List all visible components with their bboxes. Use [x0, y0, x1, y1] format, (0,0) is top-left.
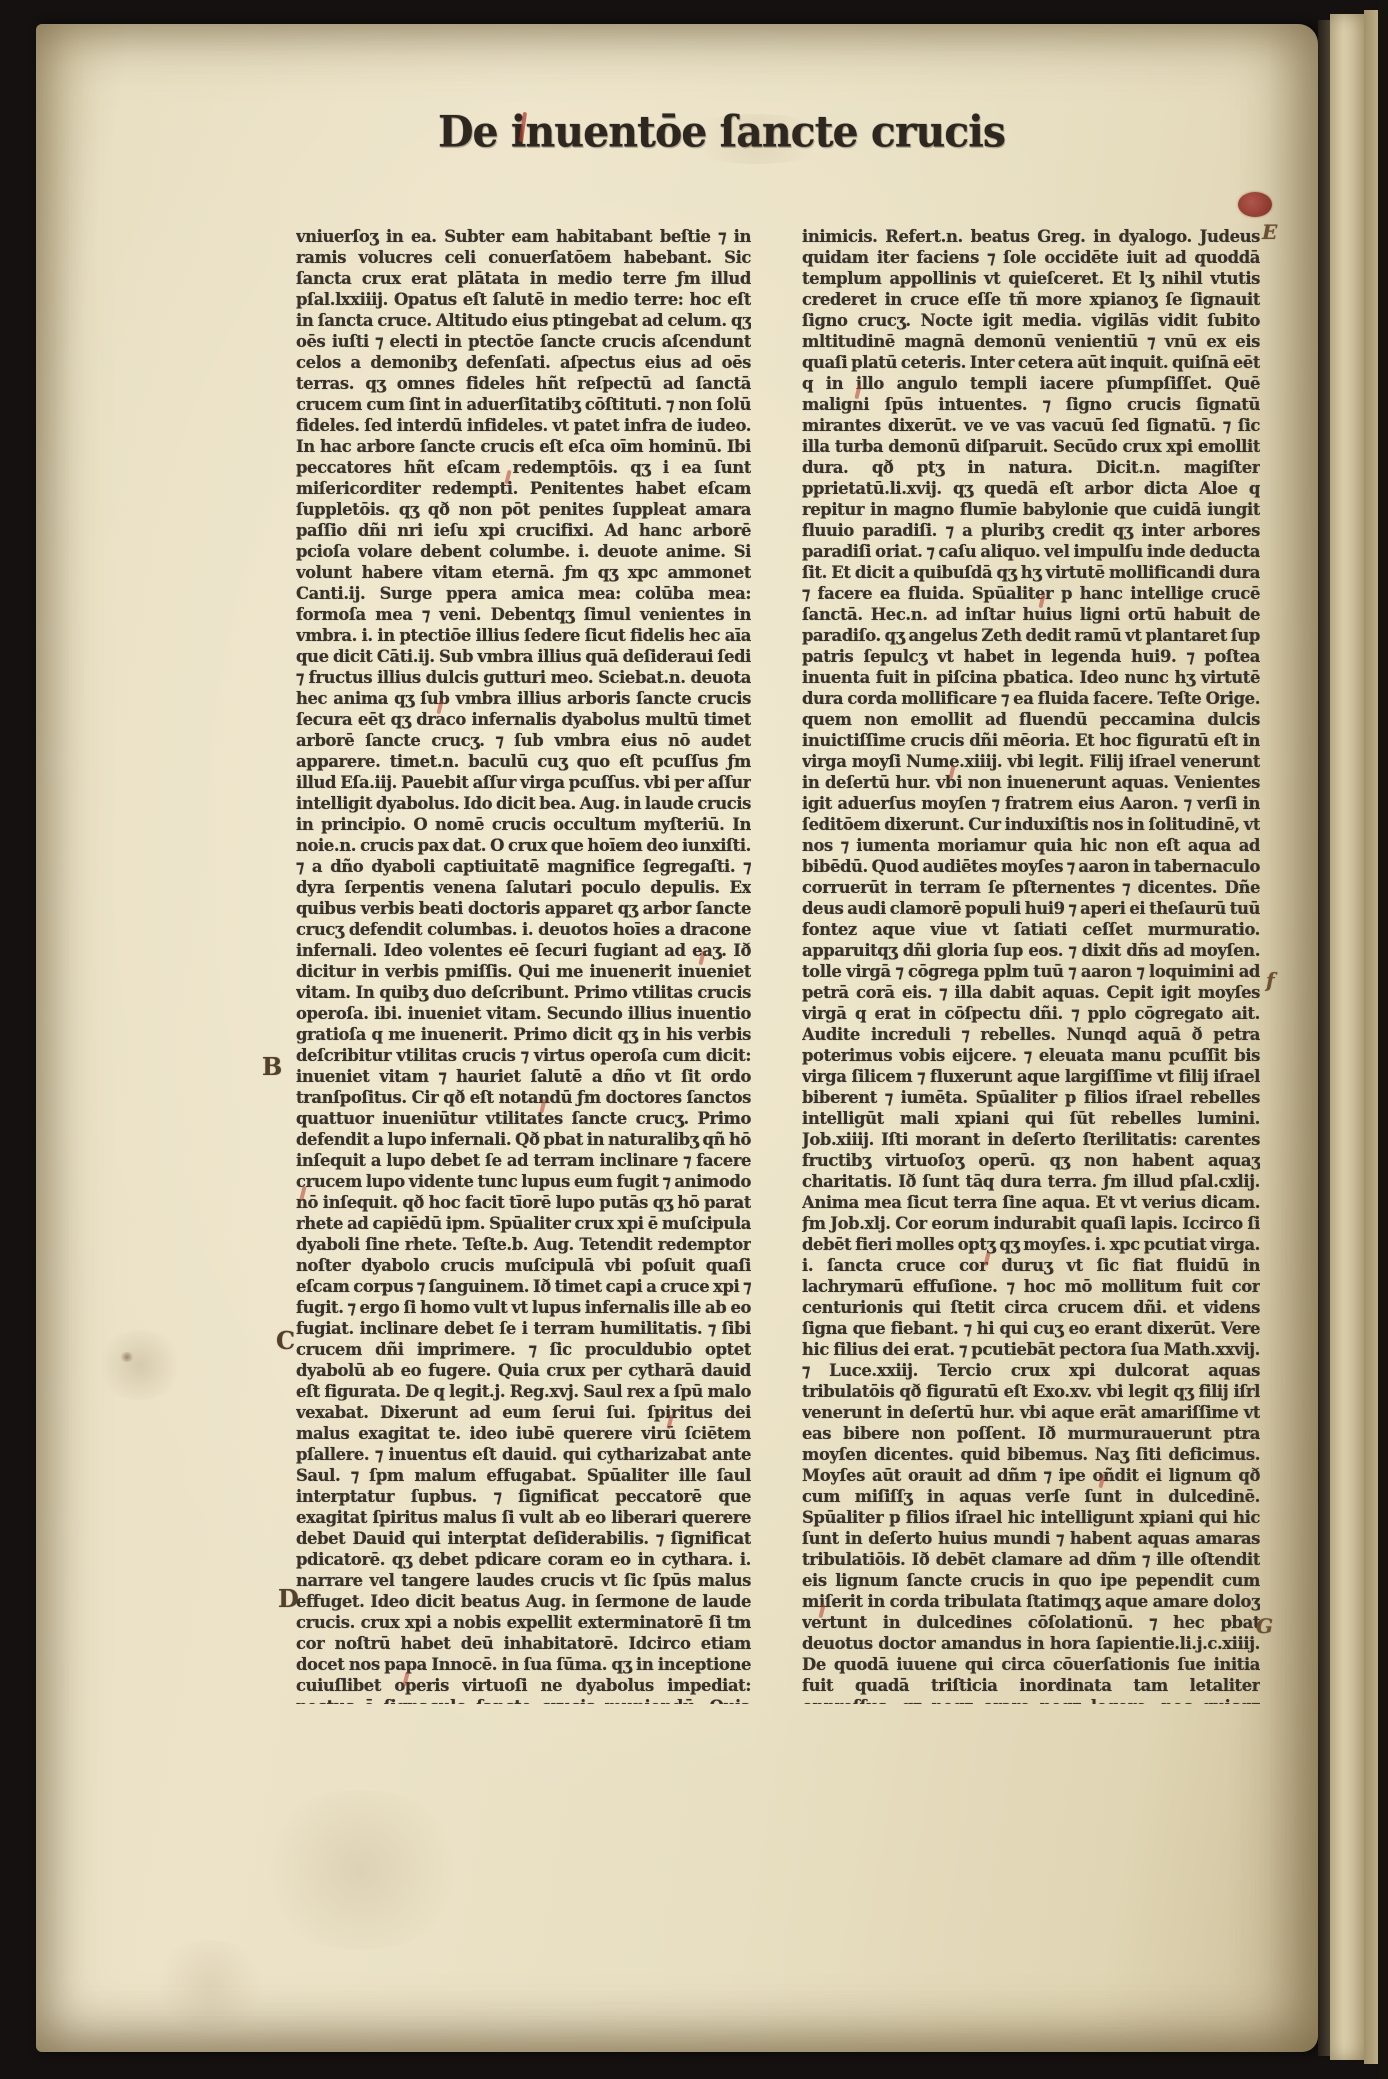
- marginal-letter-b: B: [262, 1052, 282, 1081]
- marginal-letter-f: f: [1266, 968, 1275, 992]
- marginal-letter-c: C: [276, 1326, 295, 1355]
- background-edge: [1378, 0, 1388, 2079]
- fore-edge-leaves: [1330, 14, 1364, 2060]
- marginal-letter-g: G: [1256, 1614, 1273, 1638]
- marginal-letter-d: D: [278, 1584, 299, 1613]
- marginal-letter-e: E: [1262, 220, 1277, 244]
- text-column-right: inimicis. Refert.n. beatus Greg. in dyal…: [802, 226, 1260, 1704]
- page-edge-shadow: [1318, 20, 1330, 2056]
- fore-edge-leaves-dark: [1364, 10, 1378, 2064]
- page-title: De inuentōe ſancte crucis: [438, 107, 1038, 157]
- text-column-left: vniuerſoʒ in ea. Subter eam habitabant b…: [296, 226, 751, 1704]
- red-wax-dot: [1238, 192, 1272, 217]
